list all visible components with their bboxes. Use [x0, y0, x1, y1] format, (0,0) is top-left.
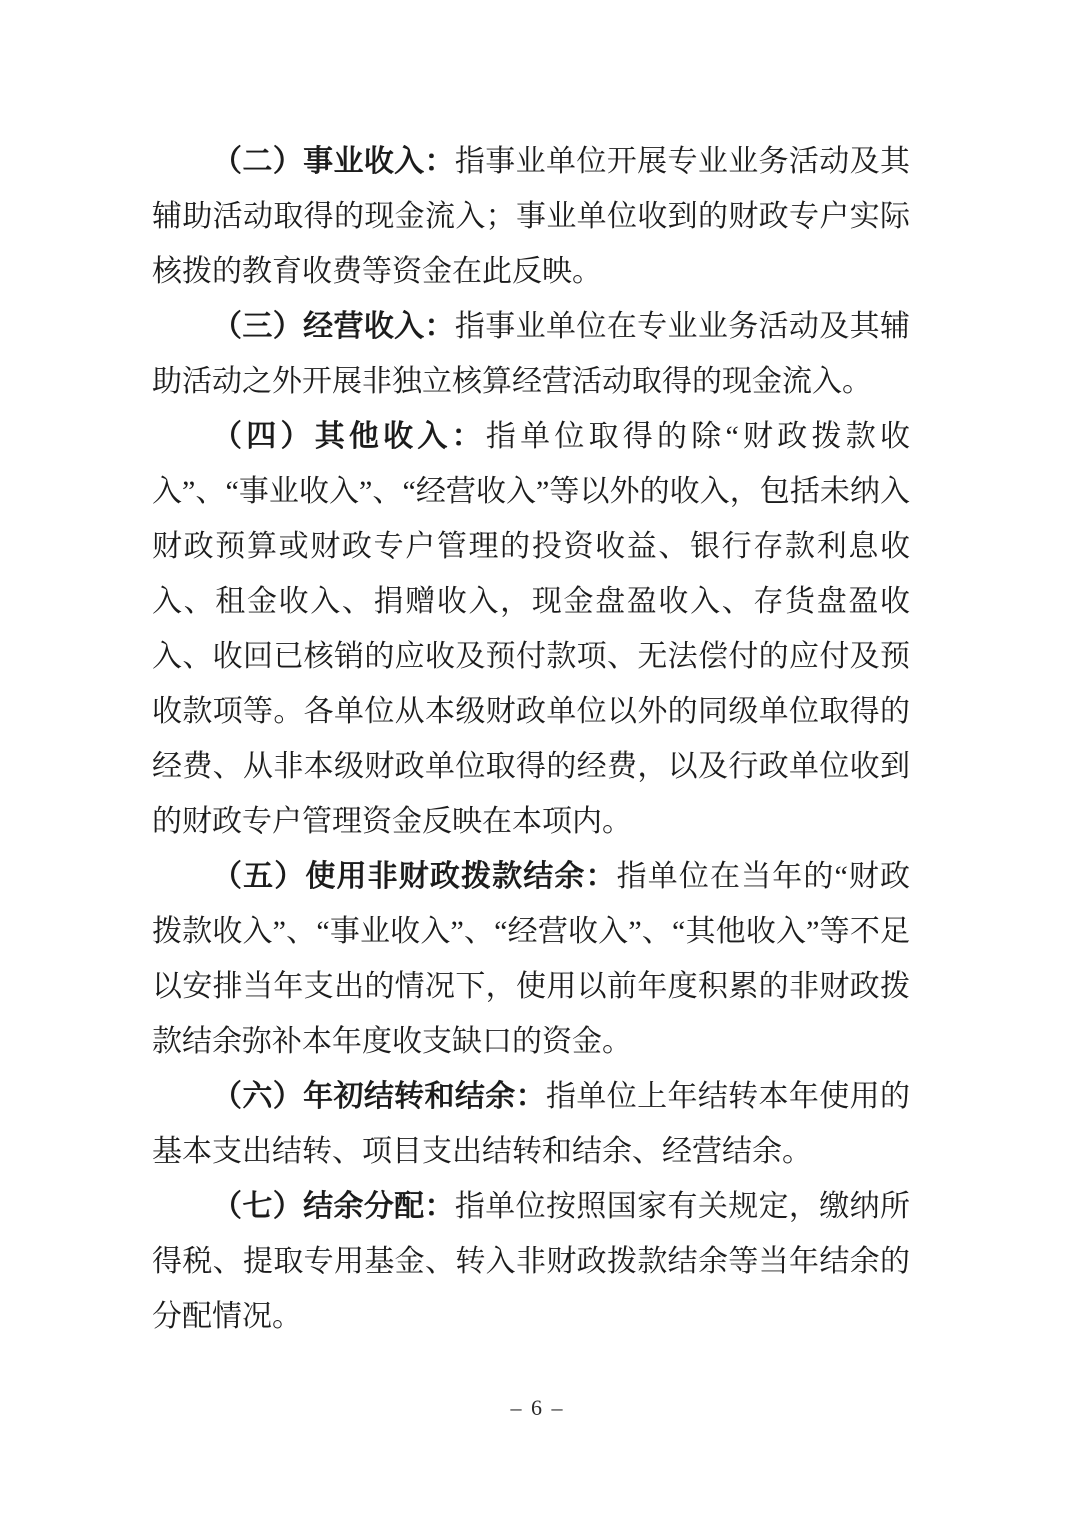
- paragraph-5: （五）使用非财政拨款结余：指单位在当年的“财政拨款收入”、“事业收入”、“经营收…: [152, 849, 910, 1069]
- paragraph-2: （二）事业收入：指事业单位开展专业业务活动及其辅助活动取得的现金流入；事业单位收…: [152, 134, 910, 299]
- paragraph-4: （四）其他收入：指单位取得的除“财政拨款收入”、“事业收入”、“经营收入”等以外…: [152, 409, 910, 849]
- paragraph-lead: （三）经营收入：: [212, 310, 455, 343]
- paragraph-3: （三）经营收入：指事业单位在专业业务活动及其辅助活动之外开展非独立核算经营活动取…: [152, 299, 910, 409]
- page-number: – 6 –: [0, 1393, 1075, 1423]
- text-content: （二）事业收入：指事业单位开展专业业务活动及其辅助活动取得的现金流入；事业单位收…: [152, 134, 910, 1344]
- paragraph-lead: （七）结余分配：: [212, 1190, 455, 1223]
- paragraph-7: （七）结余分配：指单位按照国家有关规定，缴纳所得税、提取专用基金、转入非财政拨款…: [152, 1179, 910, 1344]
- paragraph-6: （六）年初结转和结余：指单位上年结转本年使用的基本支出结转、项目支出结转和结余、…: [152, 1069, 910, 1179]
- paragraph-body: 指单位取得的除“财政拨款收入”、“事业收入”、“经营收入”等以外的收入，包括未纳…: [152, 420, 910, 838]
- document-page: （二）事业收入：指事业单位开展专业业务活动及其辅助活动取得的现金流入；事业单位收…: [0, 0, 1075, 1520]
- paragraph-lead: （二）事业收入：: [212, 145, 455, 178]
- paragraph-lead: （四）其他收入：: [212, 420, 486, 453]
- paragraph-lead: （六）年初结转和结余：: [212, 1080, 546, 1113]
- paragraph-lead: （五）使用非财政拨款结余：: [212, 860, 617, 893]
